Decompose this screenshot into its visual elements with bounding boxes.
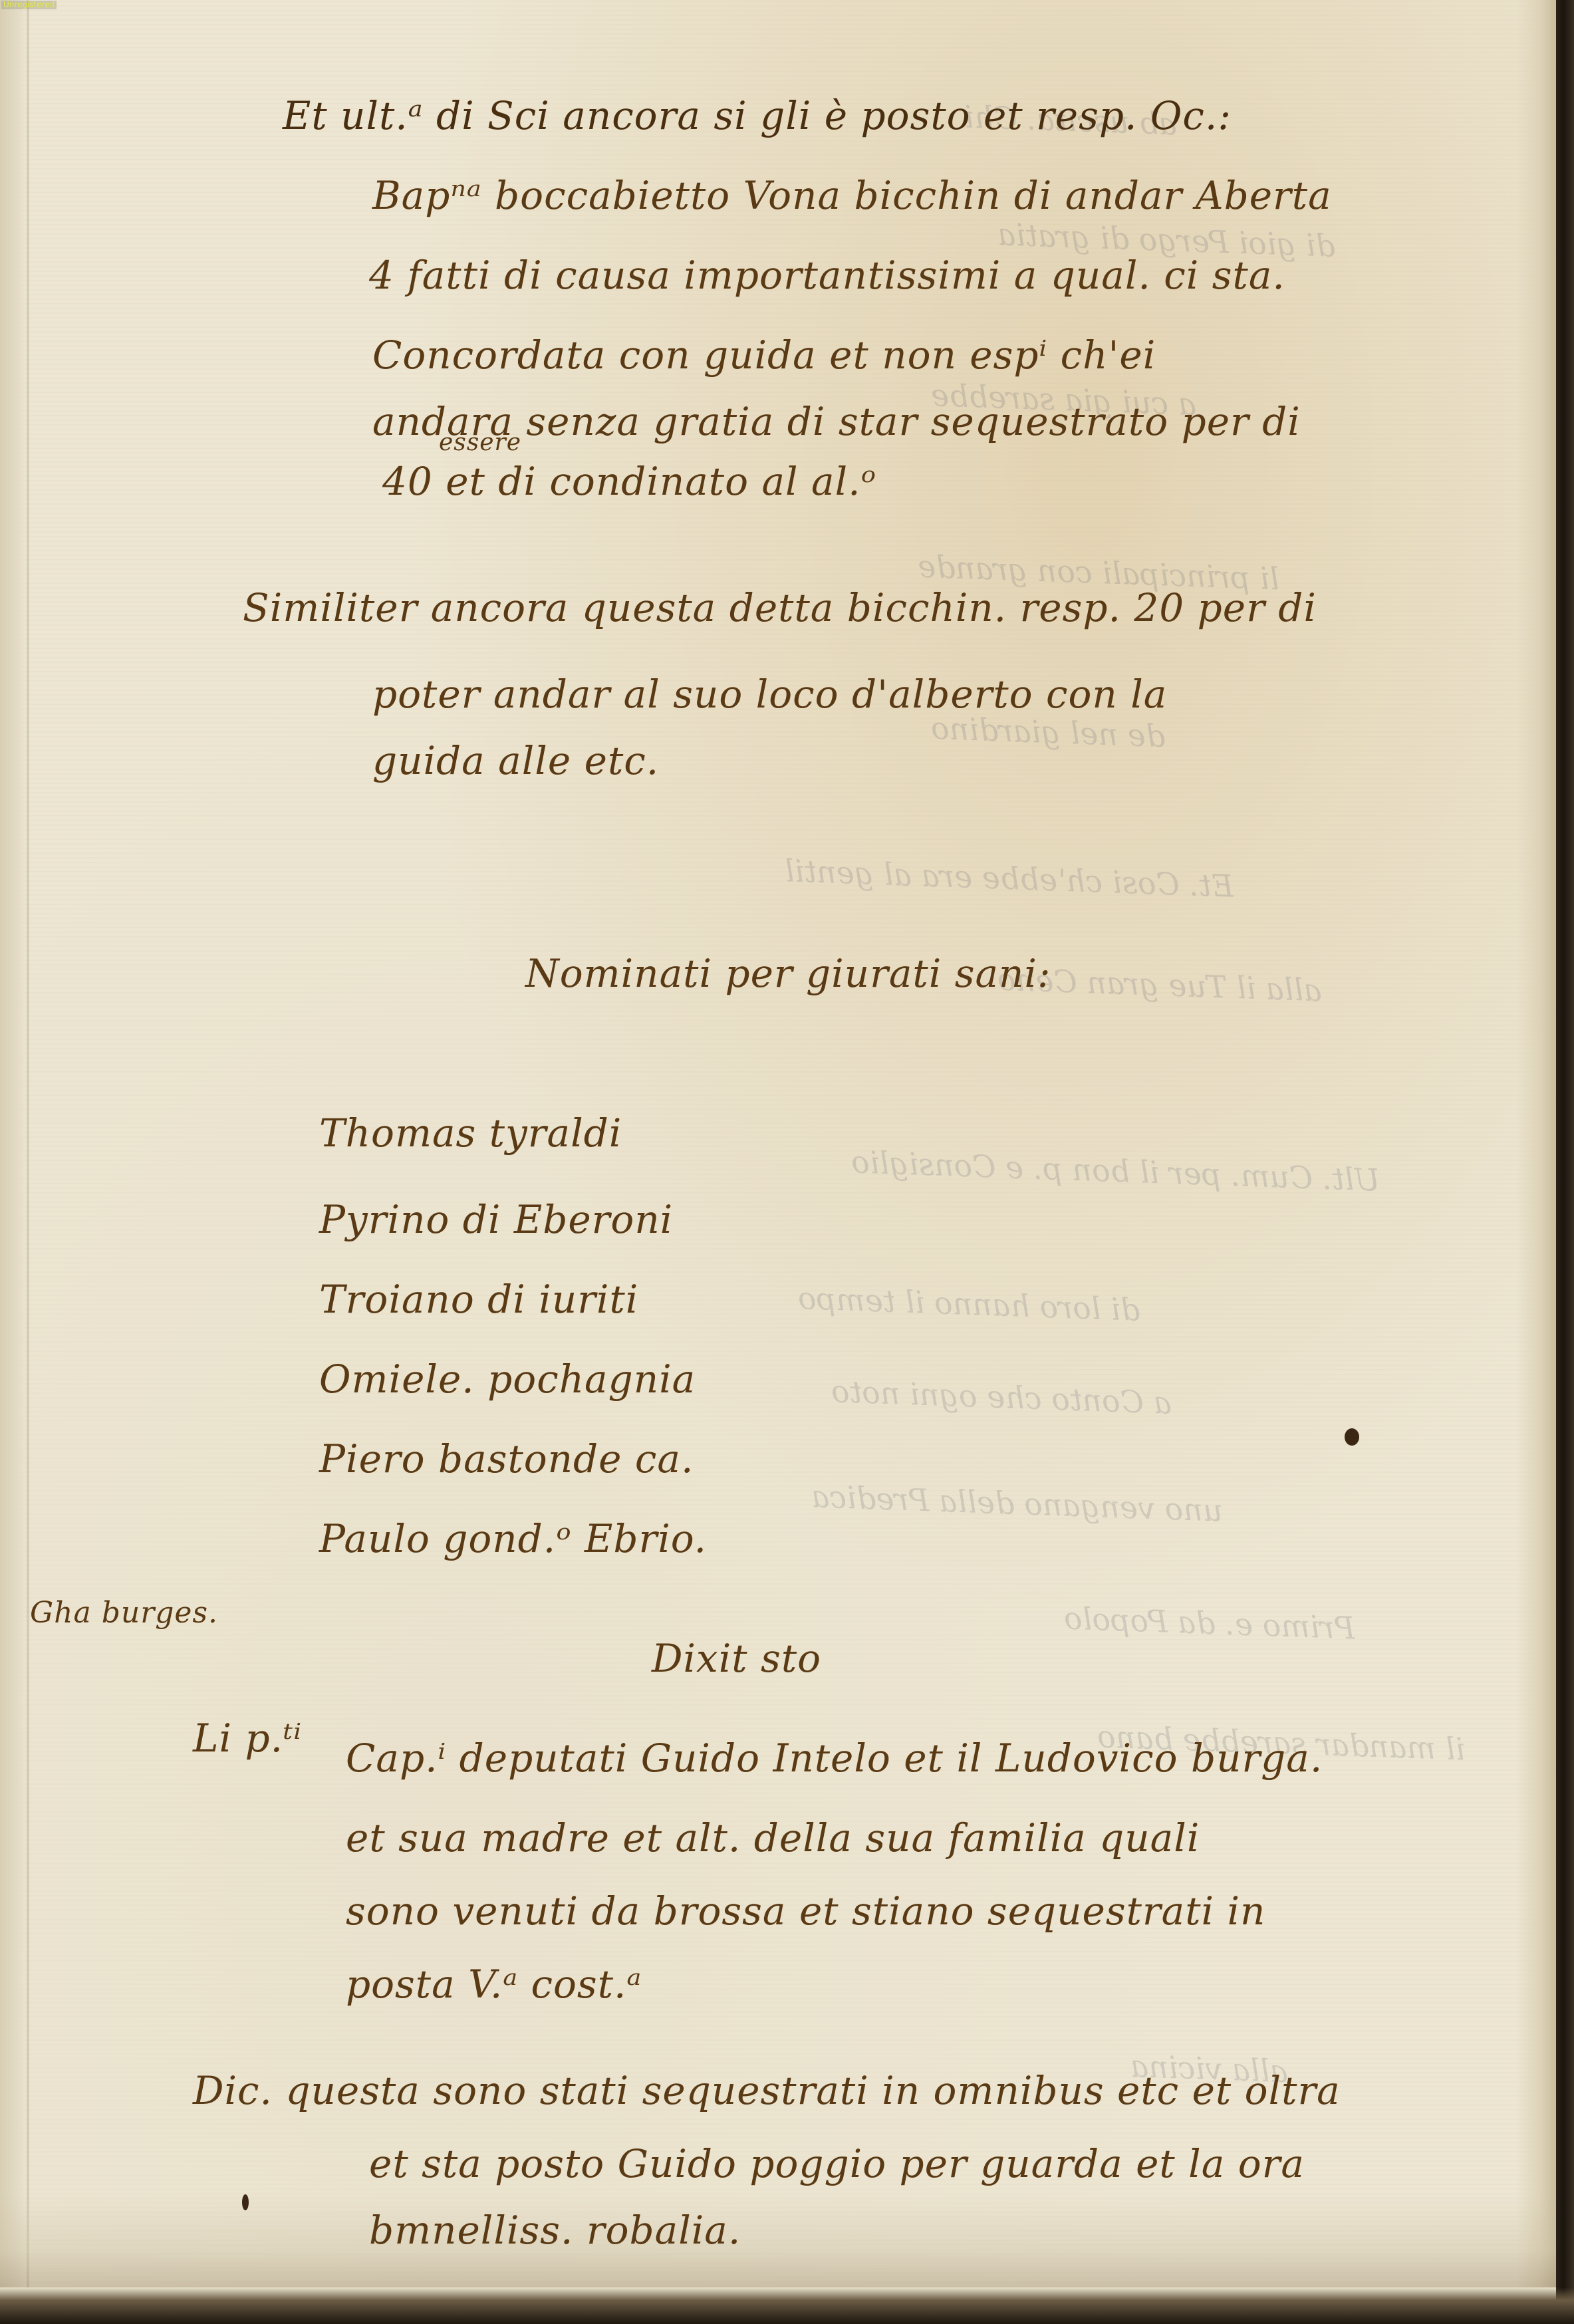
paragraph-3-line: sono venuti da brossa et stiano sequestr… bbox=[346, 1888, 1265, 1934]
paragraph-3-line: Cap.ⁱ deputati Guido Intelo et il Ludovi… bbox=[346, 1736, 1323, 1781]
name-list-item: Pyrino di Eberoni bbox=[319, 1197, 673, 1242]
bottom-scan-border bbox=[0, 2287, 1574, 2324]
paragraph-2-line: Similiter ancora questa detta bicchin. r… bbox=[243, 585, 1317, 630]
bleed-through-line: a Conto che ogni noto bbox=[830, 1351, 1173, 1444]
paragraph-1-line: 4 fatti di causa importantissimi a qual.… bbox=[369, 253, 1285, 298]
paragraph-2-line: poter andar al suo loco d'alberto con la bbox=[372, 672, 1167, 717]
left-fold-edge bbox=[0, 0, 27, 2287]
bleed-through-line: di loro hanno il tempo bbox=[797, 1257, 1142, 1351]
name-list-item: Troiano di iuriti bbox=[319, 1277, 638, 1322]
name-list-item: Thomas tyraldi bbox=[319, 1110, 622, 1156]
paragraph-4-line: Dic. questa sono stati sequestrati in om… bbox=[193, 2068, 1341, 2113]
interlinear-insertion: essere bbox=[439, 429, 521, 456]
paragraph-1-line: Bapⁿᵃ boccabietto Vona bicchin di andar … bbox=[372, 173, 1332, 218]
paragraph-3-line: posta V.ᵃ cost.ᵃ bbox=[346, 1962, 642, 2007]
section-heading: Nominati per giurati sani: bbox=[525, 951, 1051, 996]
name-list-item: Piero bastonde ca. bbox=[319, 1436, 694, 1482]
right-page-shadow bbox=[1516, 0, 1556, 2287]
bleed-through-line: Primo e. da Popolo bbox=[1063, 1577, 1357, 1668]
bleed-through-line: uno vengano della Predica bbox=[810, 1456, 1224, 1551]
paragraph-3-margin-label: Li p.ᵗⁱ bbox=[193, 1716, 302, 1761]
paragraph-2-line: guida alle etc. bbox=[372, 738, 659, 783]
right-scan-border bbox=[1556, 0, 1574, 2324]
paragraph-3-line: et sua madre et alt. della sua familia q… bbox=[346, 1815, 1200, 1861]
name-list-item: Omiele. pochagnia bbox=[319, 1356, 696, 1402]
paragraph-1-line: Et ult.ᵃ di Sci ancora si gli è posto et… bbox=[283, 93, 1232, 138]
ink-spot bbox=[242, 2194, 249, 2210]
name-list-item: Paulo gond.ᵒ Ebrio. bbox=[319, 1516, 707, 1561]
subheading: Dixit sto bbox=[652, 1636, 821, 1681]
paragraph-4-line: et sta posto Guido poggio per guarda et … bbox=[369, 2141, 1305, 2186]
paragraph-1-line: 40 et di condinato al al.ᵒ bbox=[382, 459, 876, 504]
unregistered-watermark: Unregistered bbox=[1, 1, 57, 9]
paragraph-1-line: Concordata con guida et non espⁱ ch'ei bbox=[372, 332, 1156, 378]
ink-spot bbox=[1345, 1428, 1359, 1446]
left-fold-crease bbox=[27, 0, 29, 2287]
bleed-through-line: Et. Cosi ch'ebbe era al gentil bbox=[783, 830, 1235, 926]
margin-note: Gha burges. bbox=[30, 1596, 218, 1630]
paragraph-4-line: bmnelliss. robalia. bbox=[369, 2208, 741, 2253]
torn-bottom-edge bbox=[0, 2194, 1556, 2287]
